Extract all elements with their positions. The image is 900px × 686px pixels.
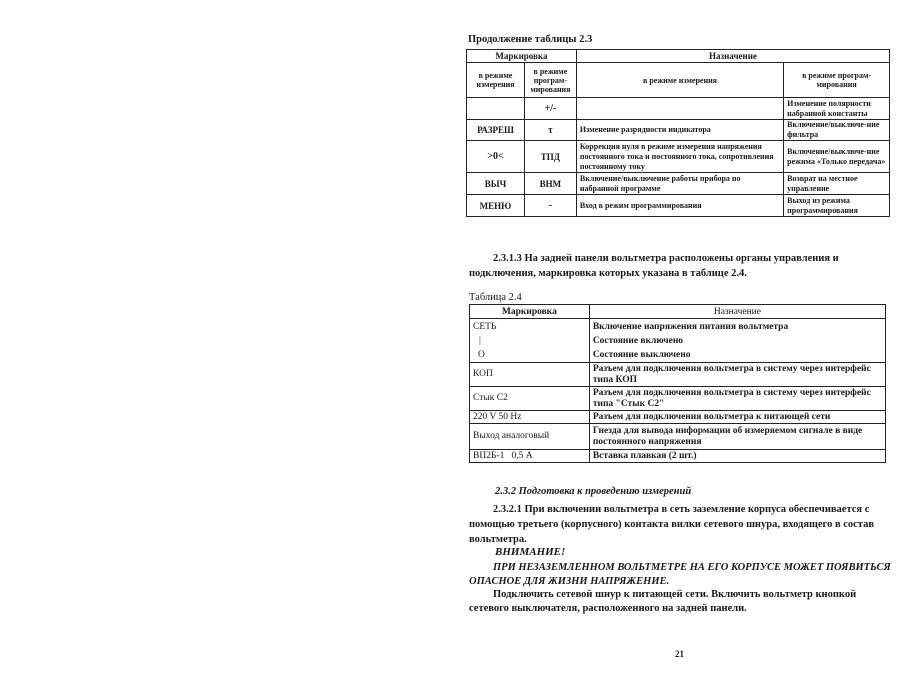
cell-marking: Выход аналоговый (470, 424, 590, 450)
on-symbol: | (473, 334, 586, 348)
cell-purpose: Разъем для подключения вольтметра к пита… (589, 411, 885, 424)
table-row: МЕНЮ - Вход в режим программирования Вых… (467, 195, 890, 217)
header-purpose: Назначение (589, 305, 885, 319)
header-purpose: Назначение (576, 50, 889, 63)
off-symbol: O (473, 348, 586, 362)
subheader-prog: в режиме програм-мирования (524, 63, 576, 98)
cell-meas (467, 98, 525, 120)
purpose-text: Состояние включено (593, 334, 882, 348)
paragraph-2-3-2-1: 2.3.2.1 При включении вольтметра в сеть … (469, 502, 889, 547)
cell-marking: 220 V 50 Hz (470, 411, 590, 424)
cell-purpose-prog: Изменение полярности набранной константы (784, 98, 890, 120)
cell-purpose-meas (576, 98, 783, 120)
cell-meas: >0< (467, 141, 525, 173)
cell-meas: ВЫЧ (467, 173, 525, 195)
cell-marking: СЕТЬ | O (470, 319, 590, 363)
cell-purpose-prog: Включение/выключе-ние режима «Только пер… (784, 141, 890, 173)
section-heading-2-3-2: 2.3.2 Подготовка к проведению измерений (495, 484, 691, 499)
cell-purpose-meas: Вход в режим программирования (576, 195, 783, 217)
cell-meas: МЕНЮ (467, 195, 525, 217)
instruction-text: Подключить сетевой шнур к питающей сети.… (469, 588, 889, 616)
cell-prog: ТПД (524, 141, 576, 173)
cell-prog: - (524, 195, 576, 217)
cell-purpose: Включение напряжения питания вольтметра … (589, 319, 885, 363)
warning-text: ПРИ НЕЗАЗЕМЛЕННОМ ВОЛЬТМЕТРЕ НА ЕГО КОРП… (469, 561, 894, 589)
cell-purpose: Разъем для подключения вольтметра в сист… (589, 363, 885, 387)
attention-label: ВНИМАНИЕ! (495, 545, 565, 559)
purpose-text: Состояние выключено (593, 348, 882, 362)
cell-marking: Стык С2 (470, 387, 590, 411)
subheader-meas: в режиме измерения (467, 63, 525, 98)
cell-prog: τ (524, 120, 576, 141)
cell-meas: РАЗРЕШ (467, 120, 525, 141)
subheader-purpose-prog: в режиме програм-мирования (784, 63, 890, 98)
table-row: СЕТЬ | O Включение напряжения питания во… (470, 319, 886, 363)
cell-purpose-prog: Включение/выключе-ние фильтра (784, 120, 890, 141)
cell-purpose-prog: Возврат на местное управление (784, 173, 890, 195)
purpose-text: Включение напряжения питания вольтметра (593, 320, 882, 334)
cell-purpose: Вставка плавкая (2 шт.) (589, 450, 885, 463)
header-marking: Маркировка (470, 305, 590, 319)
cell-purpose: Разъем для подключения вольтметра в сист… (589, 387, 885, 411)
cell-purpose-meas: Изменение разрядности индикатора (576, 120, 783, 141)
document-page: Продолжение таблицы 2.3 Маркировка Назна… (0, 0, 900, 686)
table-row: Стык С2 Разъем для подключения вольтметр… (470, 387, 886, 411)
table-2-3-caption: Продолжение таблицы 2.3 (468, 34, 592, 45)
table-row: +/- Изменение полярности набранной конст… (467, 98, 890, 120)
table-row: ВП2Б-1 0,5 А Вставка плавкая (2 шт.) (470, 450, 886, 463)
paragraph-2-3-1-3: 2.3.1.3 На задней панели вольтметра расп… (469, 251, 889, 281)
table-row: 220 V 50 Hz Разъем для подключения вольт… (470, 411, 886, 424)
cell-purpose: Гнезда для вывода информации об измеряем… (589, 424, 885, 450)
header-marking: Маркировка (467, 50, 577, 63)
subheader-purpose-meas: в режиме измерения (576, 63, 783, 98)
cell-marking: ВП2Б-1 0,5 А (470, 450, 590, 463)
table-row: >0< ТПД Коррекция нуля в режиме измерени… (467, 141, 890, 173)
cell-prog: +/- (524, 98, 576, 120)
cell-purpose-meas: Коррекция нуля в режиме измерения напряж… (576, 141, 783, 173)
table-row: РАЗРЕШ τ Изменение разрядности индикатор… (467, 120, 890, 141)
cell-purpose-meas: Включение/выключение работы прибора по н… (576, 173, 783, 195)
cell-prog: ВНМ (524, 173, 576, 195)
table-row: ВЫЧ ВНМ Включение/выключение работы приб… (467, 173, 890, 195)
cell-purpose-prog: Выход из режима программирования (784, 195, 890, 217)
page-number: 21 (675, 649, 684, 659)
table-2-3: Маркировка Назначение в режиме измерения… (466, 49, 890, 217)
table-row: КОП Разъем для подключения вольтметра в … (470, 363, 886, 387)
cell-marking: КОП (470, 363, 590, 387)
marking-text: СЕТЬ (473, 320, 586, 334)
table-2-4: Маркировка Назначение СЕТЬ | O Включение… (469, 304, 886, 463)
table-2-4-caption: Таблица 2.4 (469, 292, 522, 303)
table-row: Выход аналоговый Гнезда для вывода инфор… (470, 424, 886, 450)
